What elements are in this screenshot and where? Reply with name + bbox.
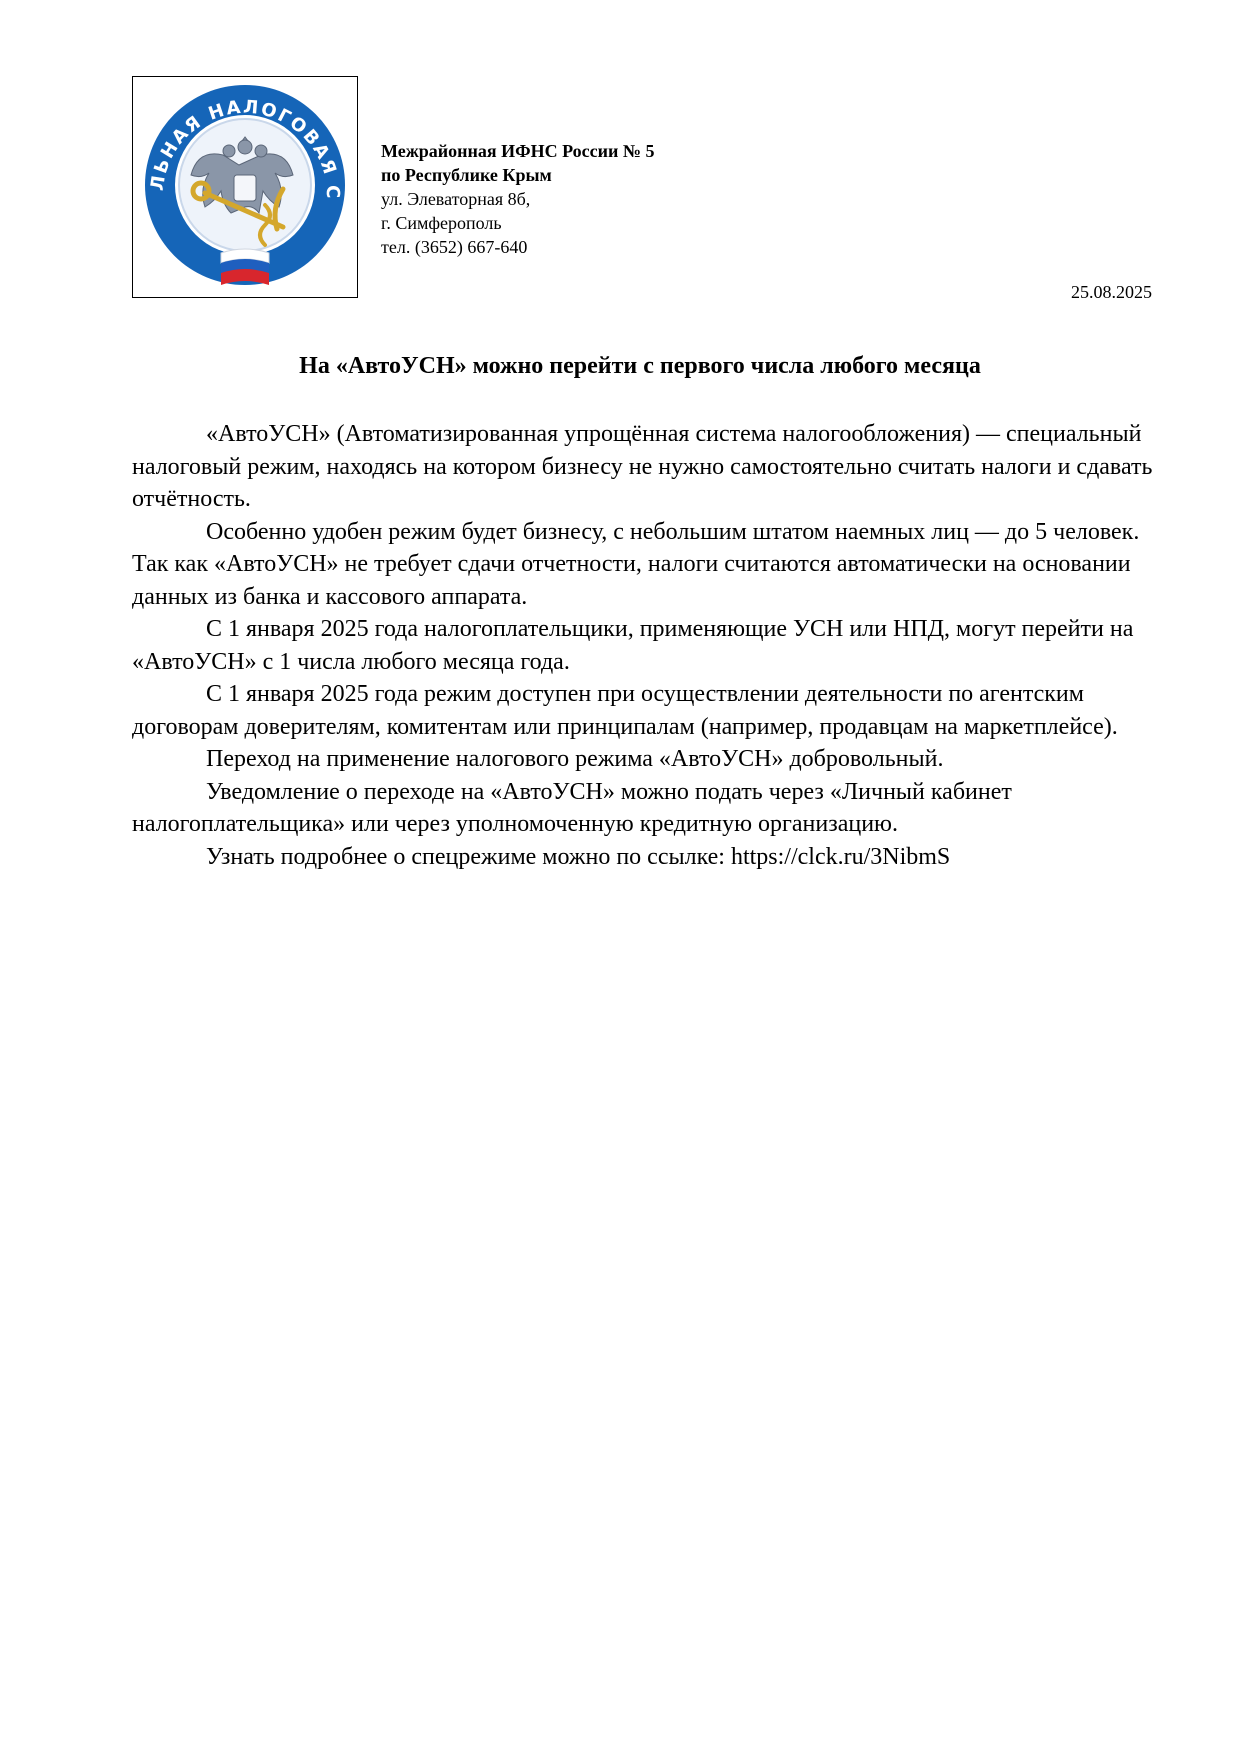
paragraph: «АвтоУСН» (Автоматизированная упрощённая… xyxy=(132,418,1162,516)
paragraph: Особенно удобен режим будет бизнесу, с н… xyxy=(132,516,1162,614)
fns-emblem-icon: ФЕДЕРАЛЬНАЯ НАЛОГОВАЯ СЛУЖБА xyxy=(133,77,357,297)
more-info-link[interactable]: https://clck.ru/3NibmS xyxy=(731,844,950,870)
paragraph: Уведомление о переходе на «АвтоУСН» можн… xyxy=(132,776,1162,841)
document-title: На «АвтоУСН» можно перейти с первого чис… xyxy=(0,353,1241,380)
org-phone: тел. (3652) 667-640 xyxy=(381,235,654,259)
paragraph: С 1 января 2025 года налогоплательщики, … xyxy=(132,613,1162,678)
paragraph-more-info: Узнать подробнее о спецрежиме можно по с… xyxy=(132,841,1162,874)
org-name: Межрайонная ИФНС России № 5 xyxy=(381,139,654,163)
paragraph: С 1 января 2025 года режим доступен при … xyxy=(132,678,1162,743)
paragraph: Переход на применение налогового режима … xyxy=(132,743,1162,776)
org-address-city: г. Симферополь xyxy=(381,211,654,235)
fns-logo: ФЕДЕРАЛЬНАЯ НАЛОГОВАЯ СЛУЖБА xyxy=(132,76,358,298)
more-info-text: Узнать подробнее о спецрежиме можно по с… xyxy=(206,844,731,870)
document-body: «АвтоУСН» (Автоматизированная упрощённая… xyxy=(132,418,1162,873)
document-date: 25.08.2025 xyxy=(1071,282,1152,303)
org-address-street: ул. Элеваторная 8б, xyxy=(381,187,654,211)
org-region: по Республике Крым xyxy=(381,163,654,187)
organization-block: Межрайонная ИФНС России № 5 по Республик… xyxy=(381,139,654,259)
